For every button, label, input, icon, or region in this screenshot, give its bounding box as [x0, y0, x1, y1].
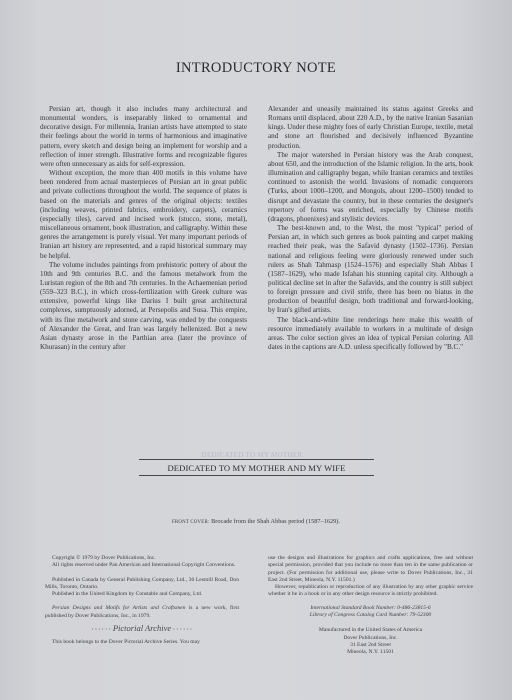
logo-dots-right: • • • • • •: [173, 627, 192, 632]
manufactured-line: Manufactured in the United States of Ame…: [268, 627, 473, 634]
copyright-line: Copyright © 1979 by Dover Publications, …: [45, 555, 239, 562]
intro-paragraph: The major watershed in Persian history w…: [268, 151, 473, 224]
work-title: Persian Designs and Motifs for Artists a…: [52, 605, 185, 611]
dedication: DEDICATED TO MY MOTHER AND MY WIFE: [139, 459, 374, 476]
logo-dots-left: • • • • • •: [92, 627, 111, 632]
book-page: INTRODUCTORY NOTE Persian art, though it…: [0, 0, 512, 700]
isbn: International Standard Book Number: 0-48…: [268, 605, 473, 612]
intro-paragraph: Alexander and uneasily maintained its st…: [268, 105, 473, 151]
show-through-text: DEDICATED TO MY MOTHER: [178, 451, 326, 459]
intro-paragraph: Without exception, the more than 400 mot…: [40, 169, 247, 261]
front-cover-label: FRONT COVER:: [172, 520, 210, 525]
intro-paragraph: The black-and-white line renderings here…: [268, 316, 473, 353]
permissions-block: use the designs and illustrations for gr…: [268, 555, 473, 657]
intro-paragraph: Persian art, though it also includes man…: [40, 105, 247, 169]
page-title: INTRODUCTORY NOTE: [0, 60, 512, 77]
intro-left-column: Persian art, though it also includes man…: [40, 105, 247, 352]
uk-publisher: Published in the United Kingdom by Const…: [45, 591, 239, 598]
front-cover-text: Brocade from the Shah Abbas period (1587…: [211, 518, 340, 525]
front-cover-caption: FRONT COVER: Brocade from the Shah Abbas…: [0, 518, 512, 525]
copyright-block: Copyright © 1979 by Dover Publications, …: [45, 555, 239, 646]
isbn-block: International Standard Book Number: 0-48…: [268, 605, 473, 620]
permissions-text: use the designs and illustrations for gr…: [268, 555, 473, 584]
series-statement: This book belongs to the Dover Pictorial…: [45, 639, 239, 646]
republication-text: However, republication or reproduction o…: [268, 584, 473, 599]
intro-paragraph: The volume includes paintings from prehi…: [40, 261, 247, 353]
canada-publisher: Published in Canada by General Publishin…: [45, 577, 239, 592]
work-statement: Persian Designs and Motifs for Artists a…: [45, 605, 239, 620]
intro-paragraph: The best-known and, to the West, the mos…: [268, 224, 473, 316]
manufacturer-block: Manufactured in the United States of Ame…: [268, 627, 473, 656]
logo-text: Pictorial Archive: [113, 623, 171, 633]
publisher-street: 31 East 2nd Street: [268, 642, 473, 649]
publisher-city: Mineola, N.Y. 11501: [268, 649, 473, 656]
pictorial-archive-logo: • • • • • • Pictorial Archive • • • • • …: [45, 623, 239, 635]
rights-line: All rights reserved under Pan American a…: [45, 562, 239, 569]
publisher-name: Dover Publications, Inc.: [268, 635, 473, 642]
lccn: Library of Congress Catalog Card Number:…: [268, 612, 473, 619]
intro-right-column: Alexander and uneasily maintained its st…: [268, 105, 473, 352]
